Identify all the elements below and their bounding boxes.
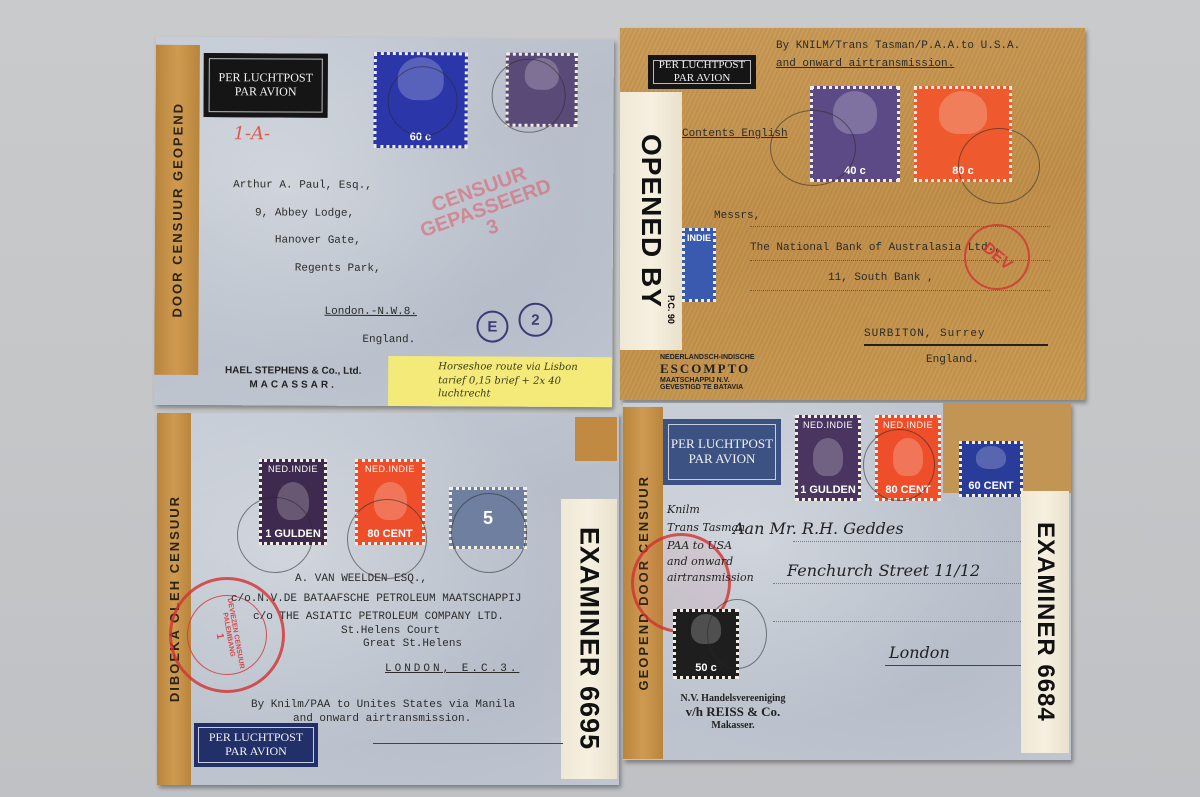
circle-mark-e: E	[476, 310, 508, 342]
red-handwriting: 1-A-	[233, 123, 270, 144]
cover-top-right: PER LUCHTPOST PAR AVION By KNILM/Trans T…	[620, 28, 1085, 400]
postmark	[958, 128, 1040, 204]
postmark	[347, 499, 427, 579]
airmail-label: PER LUCHTPOST PAR AVION	[204, 53, 328, 118]
address-line: A. VAN WEELDEN ESQ.,	[295, 573, 427, 585]
postmark	[491, 59, 565, 133]
route-note: PAA to USA	[667, 539, 732, 552]
address-line: 9, Abbey Lodge,	[255, 207, 354, 220]
address-line: Regents Park,	[295, 263, 381, 275]
address-line: LONDON, E.C.3.	[385, 663, 519, 675]
route-note: airtransmission	[667, 571, 754, 584]
address-line: SURBITON, Surrey	[864, 328, 986, 340]
opened-by-tape: OPENED BY P.C. 90	[620, 92, 682, 350]
cover-top-left: DOOR CENSUUR GEOPEND PER LUCHTPOST PAR A…	[154, 37, 614, 407]
censor-tape-text: DIBOEKA OLEH CENSUUR	[167, 495, 182, 702]
censor-tape: DOOR CENSUUR GEOPEND	[154, 45, 200, 375]
airmail-label: PER LUCHTPOST PAR AVION	[663, 419, 781, 485]
stamp: INDIE	[682, 228, 716, 302]
address-line: Fenchurch Street 11/12	[787, 561, 980, 580]
censor-passed-stamp: CENSUUR GEPASSEERD 3	[411, 157, 561, 260]
circle-mark-2: 2	[518, 303, 552, 337]
address-line: Great St.Helens	[363, 638, 462, 650]
examiner-tape: EXAMINER 6695	[561, 499, 617, 779]
route-note: Knilm	[667, 503, 700, 516]
address-line: c/o THE ASIATIC PETROLEUM COMPANY LTD.	[253, 611, 504, 623]
address-line: 11, South Bank ,	[828, 272, 934, 284]
opened-by-text: OPENED BY	[635, 134, 667, 308]
address-line: Messrs,	[714, 210, 760, 222]
examiner-text: EXAMINER 6695	[574, 527, 605, 750]
address-line: London	[889, 643, 950, 662]
stamp: 60 CENT	[959, 441, 1023, 497]
sender-imprint: NEDERLANDSCH-INDISCHE ESCOMPTO MAATSCHAP…	[660, 354, 780, 391]
route-note: and onward airtransmission.	[293, 713, 471, 725]
address-line: Hanover Gate,	[275, 234, 361, 246]
sender-imprint: HAEL STEPHENS & Co., Ltd. MACASSAR.	[198, 365, 388, 391]
address-line: England.	[926, 354, 979, 366]
postmark	[863, 429, 935, 501]
route-note: and onward	[667, 555, 733, 568]
address-line: Arthur A. Paul, Esq.,	[233, 179, 372, 192]
postmark	[387, 66, 457, 136]
examiner-tape: EXAMINER 6684	[1021, 491, 1069, 753]
postmark	[451, 493, 527, 573]
sender-imprint: N.V. Handelsvereeniging v/h REISS & Co. …	[663, 693, 803, 731]
address-line: St.Helens Court	[341, 625, 440, 637]
address-line: c/o.N.V.DE BATAAFSCHE PETROLEUM MAATSCHA…	[231, 593, 521, 605]
airmail-label: PER LUCHTPOST PAR AVION	[648, 55, 756, 89]
airmail-label: PER LUCHTPOST PAR AVION	[194, 723, 318, 767]
address-line: England.	[362, 334, 415, 346]
censor-code: P.C. 90	[666, 295, 676, 324]
address-line: London.-N.W.8.	[324, 306, 416, 318]
postmark	[770, 110, 856, 186]
postmark	[237, 497, 313, 573]
route-note: By KNILM/Trans Tasman/P.A.A.to U.S.A.	[776, 40, 1020, 52]
censor-tape-text: DOOR CENSUUR GEOPEND	[169, 102, 185, 318]
address-line: Aan Mr. R.H. Geddes	[733, 519, 904, 538]
cover-bottom-left: DIBOEKA OLEH CENSUUR NED.INDIE 1 GULDEN …	[157, 413, 619, 785]
cover-bottom-right: GEOPEND DOOR CENSUUR PER LUCHTPOST PAR A…	[623, 403, 1071, 760]
stamp: NED.INDIE 1 GULDEN	[795, 415, 861, 501]
route-note: By Knilm/PAA to Unites States via Manila	[251, 699, 515, 711]
route-note: and onward airtransmission.	[776, 58, 954, 70]
examiner-text: EXAMINER 6684	[1031, 522, 1059, 722]
postmark	[707, 599, 767, 669]
sticky-note: Horseshoe route via Lisbon tarief 0,15 b…	[388, 356, 612, 407]
